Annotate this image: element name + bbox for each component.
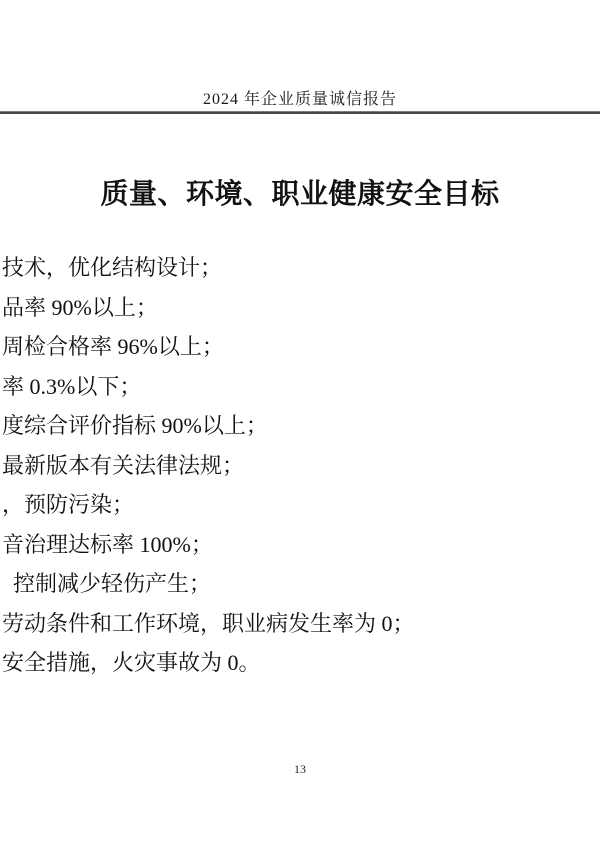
body-line: 技术，优化结构设计； — [2, 248, 600, 288]
body-line: 劳动条件和工作环境，职业病发生率为 0； — [2, 604, 600, 644]
body-line: 控制减少轻伤产生； — [2, 564, 600, 604]
body-line: 周检合格率 96%以上； — [2, 327, 600, 367]
page-header-title: 2024 年企业质量诚信报告 — [0, 90, 600, 110]
header-rule-divider — [0, 111, 600, 114]
body-line: 度综合评价指标 90%以上； — [2, 406, 600, 446]
body-line: 品率 90%以上； — [2, 288, 600, 328]
body-line: 音治理达标率 100%； — [2, 525, 600, 565]
body-line: 率 0.3%以下； — [2, 367, 600, 407]
body-line: 安全措施，火灾事故为 0。 — [2, 643, 600, 683]
document-title: 质量、环境、职业健康安全目标 — [0, 179, 600, 211]
document-page: 2024 年企业质量诚信报告 质量、环境、职业健康安全目标 技术，优化结构设计；… — [0, 0, 600, 852]
body-line: ，预防污染； — [2, 485, 600, 525]
body-line: 最新版本有关法律法规； — [2, 446, 600, 486]
page-number: 13 — [0, 761, 600, 777]
document-body: 技术，优化结构设计； 品率 90%以上； 周检合格率 96%以上； 率 0.3%… — [2, 248, 600, 683]
